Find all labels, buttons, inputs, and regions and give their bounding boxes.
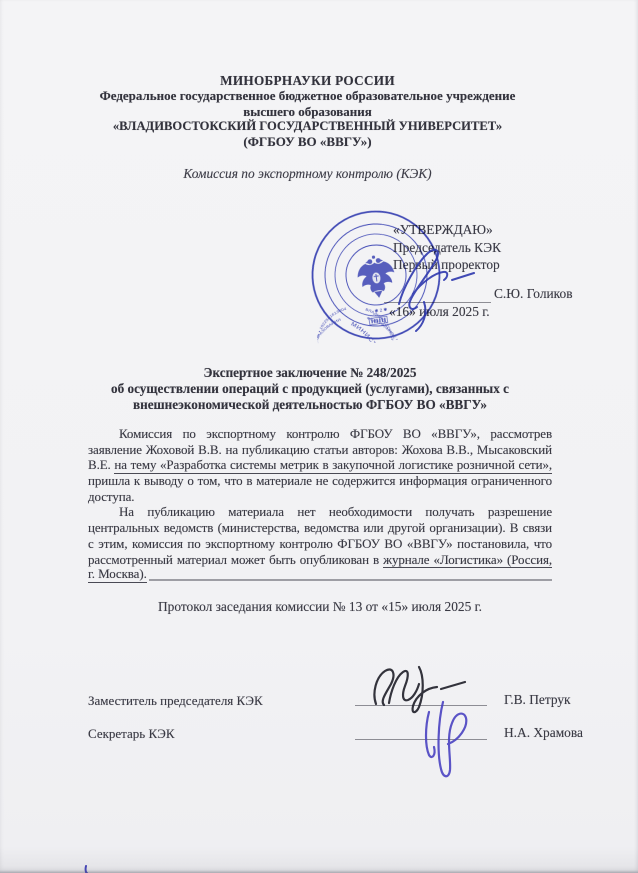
underlined-text: журнале «Логистика» (Россия, xyxy=(383,552,552,569)
body-line: Комиссия по экспортному контролю ФГБОУ В… xyxy=(88,426,552,442)
stamp-texts: МИНИСТЕРСТВО НАУКИ И ВЫСШЕГО ОБРАЗОВАНИЯ… xyxy=(300,300,413,351)
body-line: В.Е. на тему «Разработка системы метрик … xyxy=(88,457,552,473)
body-paragraphs: Комиссия по экспортному контролю ФГБОУ В… xyxy=(88,426,552,583)
university-round-stamp: МИНИСТЕРСТВО НАУКИ И ВЫСШЕГО ОБРАЗОВАНИЯ… xyxy=(300,199,451,350)
paragraph: На публикацию материала нет необходимост… xyxy=(88,504,552,582)
document-header: МИНОБРНАУКИ РОССИИ Федеральное государст… xyxy=(30,73,585,149)
text-run: заявление Жоховой В.В. на публикацию ста… xyxy=(88,442,552,457)
text-run: центральных ведомств (министерства, ведо… xyxy=(88,520,552,535)
signature-name-2: Н.А. Храмова xyxy=(504,725,583,741)
document-title: Экспертное заключение № 248/2025 об осущ… xyxy=(55,365,565,413)
body-line: На публикацию материала нет необходимост… xyxy=(88,504,552,520)
body-line: заявление Жоховой В.В. на публикацию ста… xyxy=(88,442,552,458)
signature-name-1: Г.В. Петрук xyxy=(504,692,571,708)
body-line: пришла к выводу о том, что в материале н… xyxy=(88,473,552,489)
title-line-1: Экспертное заключение № 248/2025 xyxy=(55,365,565,381)
commission-line: Комиссия по экспортному контролю (КЭК) xyxy=(30,166,585,182)
title-line-3: внешнеэкономической деятельностью ФГБОУ … xyxy=(55,397,565,413)
text-run: В.Е. xyxy=(88,457,114,472)
text-run: рассмотренный материал может быть опубли… xyxy=(88,552,383,567)
body-line: с этим, комиссия по экспортному контролю… xyxy=(88,536,552,552)
signature-line-1 xyxy=(355,705,487,706)
ruled-fill-line xyxy=(149,579,552,580)
body-line: рассмотренный материал может быть опубли… xyxy=(88,552,552,568)
signature-line-2 xyxy=(355,739,487,740)
university-name: «ВЛАДИВОСТОКСКИЙ ГОСУДАРСТВЕННЫЙ УНИВЕРС… xyxy=(30,119,585,134)
approver-name: С.Ю. Голиков xyxy=(494,286,573,302)
text-run: с этим, комиссия по экспортному контролю… xyxy=(88,536,552,551)
body-line: г. Москва). xyxy=(88,567,552,583)
org-line-1: Федеральное государственное бюджетное об… xyxy=(30,88,585,103)
signature-role-1: Заместитель председателя КЭК xyxy=(88,693,263,709)
org-line-2: высшего образования xyxy=(30,104,585,119)
text-run: доступа. xyxy=(88,489,134,504)
university-abbr: (ФГБОУ ВО «ВВГУ») xyxy=(30,134,585,149)
underlined-text: г. Москва). xyxy=(88,566,147,583)
signature-role-2: Секретарь КЭК xyxy=(88,726,175,742)
ministry-line: МИНОБРНАУКИ РОССИИ xyxy=(30,73,585,88)
document-page: МИНОБРНАУКИ РОССИИ Федеральное государст… xyxy=(0,0,638,873)
stamp-bottom-mark: ✱ 2 ✱ xyxy=(374,307,388,314)
protocol-line: Протокол заседания комиссии № 13 от «15»… xyxy=(88,599,552,615)
paragraph: Комиссия по экспортному контролю ФГБОУ В… xyxy=(88,426,552,504)
double-eagle-icon xyxy=(355,253,398,300)
body-line: центральных ведомств (министерства, ведо… xyxy=(88,520,552,536)
text-run: Комиссия по экспортному контролю ФГБОУ В… xyxy=(119,426,552,441)
underlined-text: на тему «Разработка системы метрик в зак… xyxy=(114,457,552,474)
body-line: доступа. xyxy=(88,489,552,505)
title-line-2: об осуществлении операций с продукцией (… xyxy=(55,381,565,397)
text-run: На публикацию материала нет необходимост… xyxy=(119,504,552,519)
text-run: пришла к выводу о том, что в материале н… xyxy=(88,473,552,488)
